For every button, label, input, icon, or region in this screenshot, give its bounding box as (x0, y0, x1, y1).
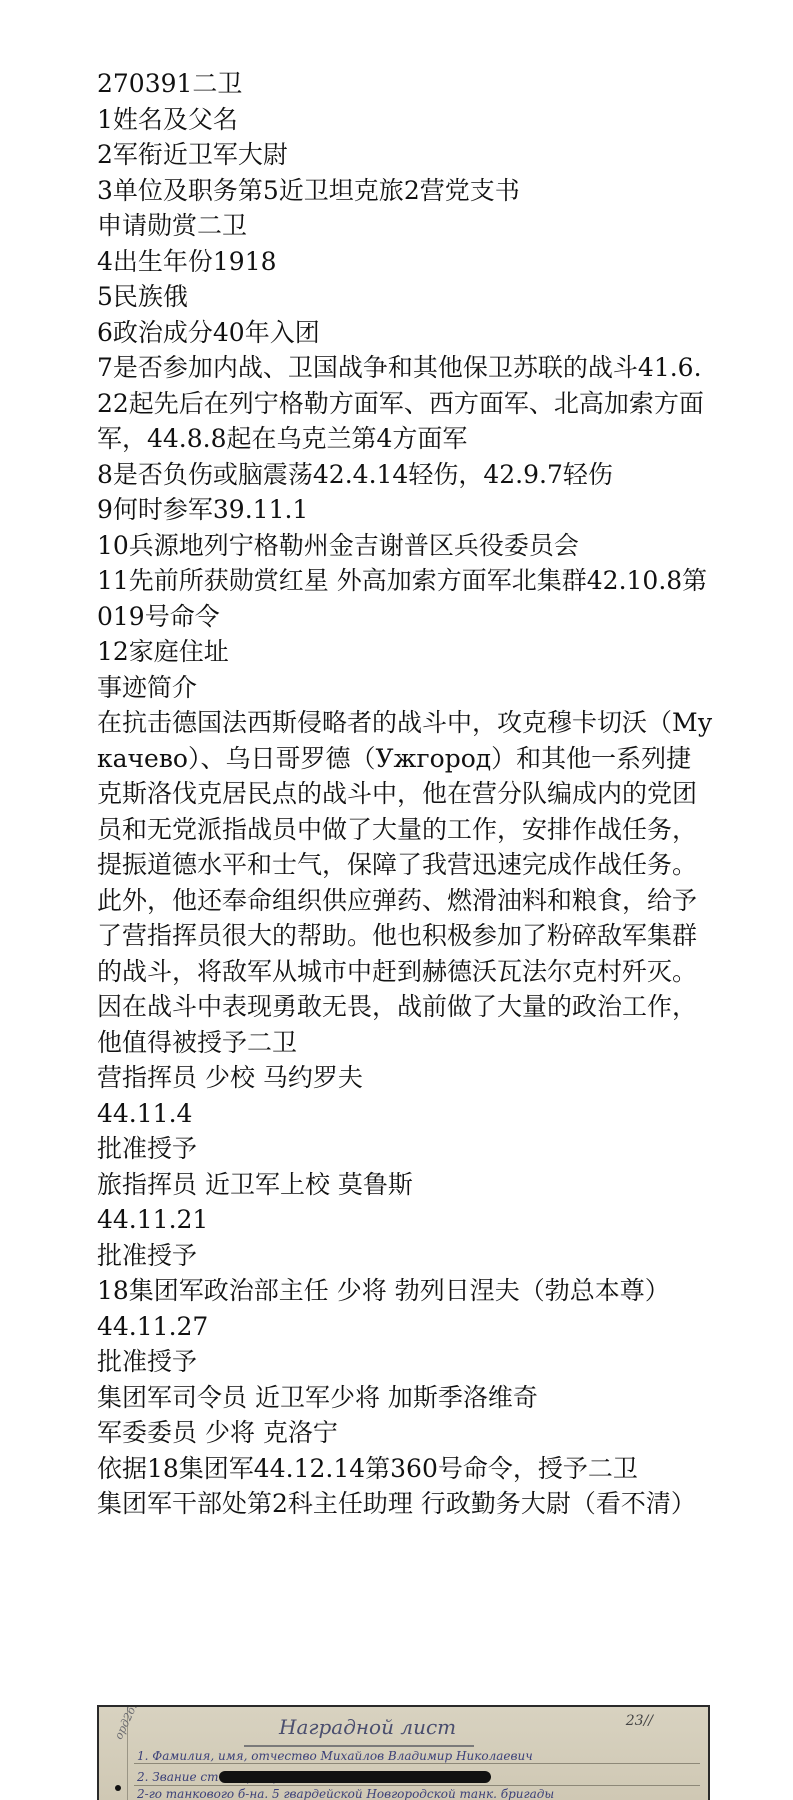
document-text: 270391二卫 1姓名及父名 2军衔近卫军大尉 3单位及职务第5近卫坦克旅2营… (97, 66, 713, 1522)
doc-signature-political-dept: 18集团军政治部主任 少将 勃列日涅夫（勃总本尊） (97, 1273, 713, 1309)
doc-approval-1: 批准授予 (97, 1131, 713, 1167)
doc-signature-battalion: 营指挥员 少校 马约罗夫 (97, 1060, 713, 1096)
doc-line-award-requested: 申请勋赏二卫 (97, 208, 713, 244)
doc-line-name: 1姓名及父名 (97, 102, 713, 138)
scan-row-3: 2-го танкового б-на. 5 гвардейской Новго… (137, 1787, 554, 1800)
scan-row-1: 1. Фамилия, имя, отчество Михайлов Влади… (137, 1749, 533, 1763)
scan-row-line (134, 1763, 700, 1764)
scan-title: Наградной лист (279, 1715, 456, 1739)
doc-date-1: 44.11.4 (97, 1096, 713, 1132)
doc-line-nationality: 5民族俄 (97, 279, 713, 315)
doc-line-home-address: 12家庭住址 (97, 634, 713, 670)
doc-line-award-number: 270391二卫 (97, 66, 713, 102)
doc-line-enlistment: 9何时参军39.11.1 (97, 492, 713, 528)
scan-title-underline (244, 1745, 474, 1747)
doc-line-war-participation: 7是否参加内战、卫国战争和其他保卫苏联的战斗41.6.22起先后在列宁格勒方面军… (97, 350, 713, 457)
doc-line-birth-year: 4出生年份1918 (97, 244, 713, 280)
redaction-bar (219, 1771, 491, 1783)
scan-row-line (134, 1785, 700, 1786)
doc-paragraph-deeds: 在抗击德国法西斯侵略者的战斗中，攻克穆卡切沃（Мукачево）、乌日哥罗德（У… (97, 705, 713, 989)
award-sheet-scan-image: орд2б. 23// Наградной лист 1. Фамилия, и… (97, 1705, 710, 1800)
scan-punch-hole (115, 1785, 121, 1791)
doc-line-wounds: 8是否负伤或脑震荡42.4.14轻伤，42.9.7轻伤 (97, 457, 713, 493)
doc-approval-3: 批准授予 (97, 1344, 713, 1380)
doc-date-3: 44.11.27 (97, 1309, 713, 1345)
doc-line-draft-office: 10兵源地列宁格勒州金吉谢普区兵役委员会 (97, 528, 713, 564)
doc-line-unit-position: 3单位及职务第5近卫坦克旅2营党支书 (97, 173, 713, 209)
scan-corner-note: орд2б. (112, 1705, 140, 1741)
doc-signature-brigade: 旅指挥员 近卫军上校 莫鲁斯 (97, 1167, 713, 1203)
scan-page-number: 23// (626, 1713, 653, 1729)
doc-signature-personnel-dept: 集团军干部处第2科主任助理 行政勤务大尉（看不清） (97, 1486, 713, 1522)
doc-line-party: 6政治成分40年入团 (97, 315, 713, 351)
doc-date-2: 44.11.21 (97, 1202, 713, 1238)
doc-paragraph-conclusion: 因在战斗中表现勇敢无畏，战前做了大量的政治工作，他值得被授予二卫 (97, 989, 713, 1060)
doc-signature-military-council: 军委委员 少将 克洛宁 (97, 1415, 713, 1451)
doc-line-order: 依据18集团军44.12.14第360号命令，授予二卫 (97, 1451, 713, 1487)
doc-approval-2: 批准授予 (97, 1238, 713, 1274)
doc-heading-summary: 事迹简介 (97, 670, 713, 706)
doc-line-rank: 2军衔近卫军大尉 (97, 137, 713, 173)
doc-line-previous-awards: 11先前所获勋赏红星 外高加索方面军北集群42.10.8第019号命令 (97, 563, 713, 634)
doc-signature-army-commander: 集团军司令员 近卫军少将 加斯季洛维奇 (97, 1380, 713, 1416)
